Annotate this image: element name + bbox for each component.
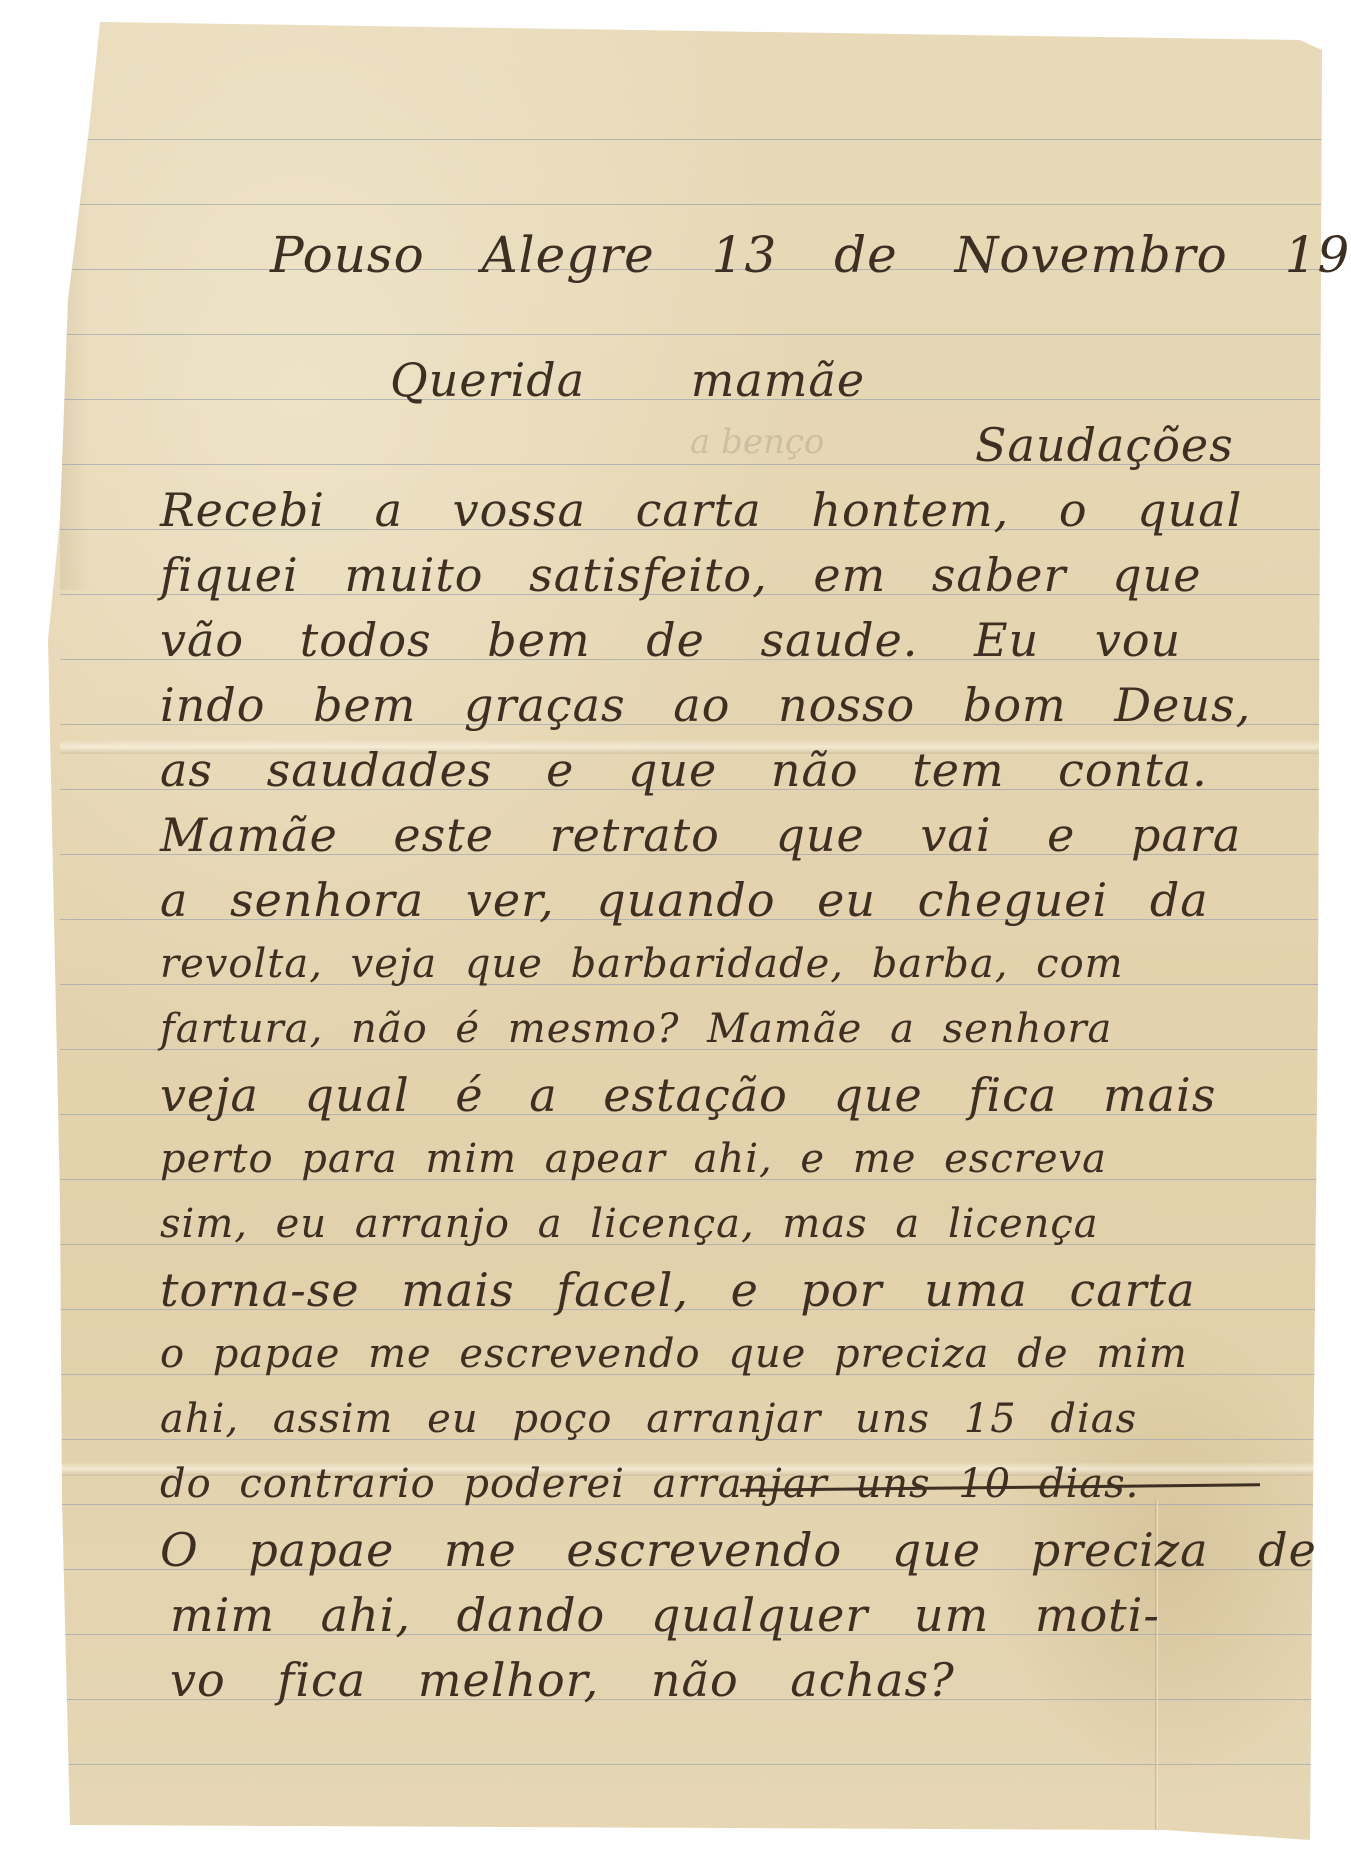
- body-line: revolta, veja que barbaridade, barba, co…: [160, 944, 1124, 984]
- salutation: Querida mamãe: [390, 357, 865, 403]
- body-line: O papae me escrevendo que preciza de: [160, 1527, 1317, 1573]
- body-line: sim, eu arranjo a licença, mas a licença: [160, 1204, 1099, 1244]
- body-line: do contrario poderei arranjar uns 10 dia…: [160, 1464, 1139, 1504]
- torn-left-edge: [60, 30, 90, 590]
- body-line: veja qual é a estação que fica mais: [160, 1072, 1216, 1118]
- body-line: fiquei muito satisfeito, em saber que: [160, 552, 1201, 598]
- ruled-line: [60, 1764, 1322, 1765]
- greeting: Saudações: [975, 422, 1234, 468]
- body-line: perto para mim apear ahi, e me escreva: [160, 1139, 1107, 1179]
- body-line: a senhora ver, quando eu cheguei da: [160, 877, 1209, 923]
- body-line: as saudades e que não tem conta.: [160, 747, 1208, 793]
- ruled-line: [60, 334, 1322, 335]
- place-date-header: Pouso Alegre 13 de Novembro 1930: [270, 230, 1351, 280]
- body-line: vão todos bem de saude. Eu vou: [160, 617, 1181, 663]
- ruled-line: [60, 204, 1322, 205]
- body-line: fartura, não é mesmo? Mamãe a senhora: [160, 1009, 1112, 1049]
- body-line: indo bem graças ao nosso bom Deus,: [160, 682, 1251, 728]
- body-line: Mamãe este retrato que vai e para: [160, 812, 1241, 858]
- body-line: torna-se mais facel, e por uma carta: [160, 1267, 1196, 1313]
- body-line: ahi, assim eu poço arranjar uns 15 dias: [160, 1399, 1137, 1439]
- body-line: vo fica melhor, não achas?: [170, 1657, 955, 1703]
- ruled-line: [60, 139, 1322, 140]
- body-line: o papae me escrevendo que preciza de mim: [160, 1334, 1188, 1374]
- body-line: mim ahi, dando qualquer um moti-: [170, 1592, 1160, 1638]
- body-line: Recebi a vossa carta hontem, o qual: [160, 487, 1242, 533]
- bleed-through-text: a benço: [690, 422, 824, 462]
